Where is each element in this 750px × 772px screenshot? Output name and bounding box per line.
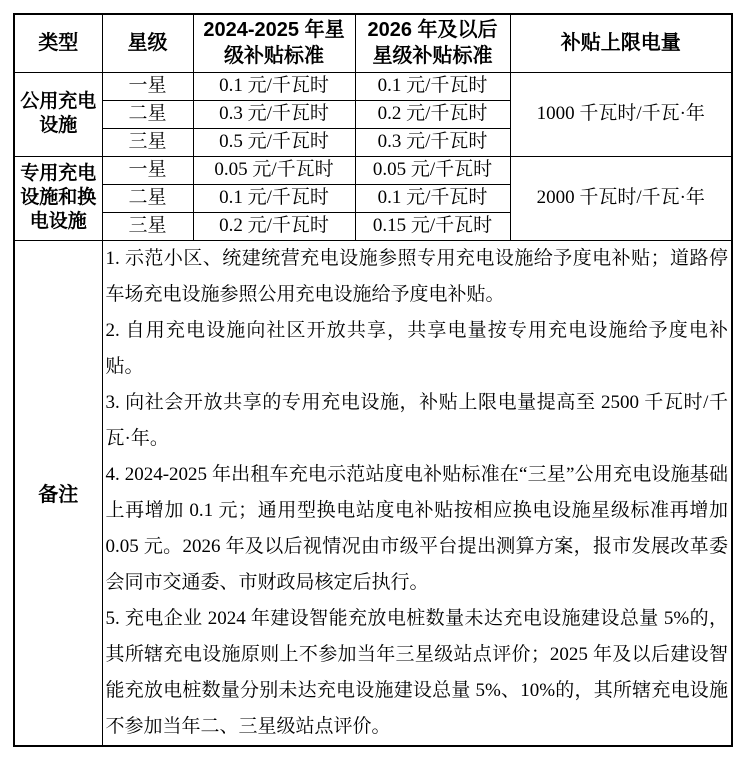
table-header-row: 类型 星级 2024-2025 年星级补贴标准 2026 年及以后星级补贴标准 …	[14, 14, 732, 72]
table-row: 公用充电设施 一星 0.1 元/千瓦时 0.1 元/千瓦时 1000 千瓦时/千…	[14, 72, 732, 100]
header-cell-std-2024: 2024-2025 年星级补贴标准	[193, 14, 355, 72]
type-cell-public: 公用充电设施	[14, 72, 102, 156]
note-item-4: 4. 2024-2025 年出租车充电示范站度电补贴标准在“三星”公用充电设施基…	[106, 457, 729, 601]
note-item-2: 2. 自用充电设施向社区开放共享，共享电量按专用充电设施给予度电补贴。	[106, 313, 729, 385]
std-2026-cell: 0.1 元/千瓦时	[355, 72, 510, 100]
std-2024-cell: 0.5 元/千瓦时	[193, 128, 355, 156]
star-cell: 一星	[102, 72, 193, 100]
note-item-1: 1. 示范小区、统建统营充电设施参照专用充电设施给予度电补贴；道路停车场充电设施…	[106, 241, 729, 313]
cap-cell-public: 1000 千瓦时/千瓦·年	[510, 72, 732, 156]
cap-cell-dedicated: 2000 千瓦时/千瓦·年	[510, 156, 732, 240]
std-2026-cell: 0.1 元/千瓦时	[355, 184, 510, 212]
note-item-5: 5. 充电企业 2024 年建设智能充放电桩数量未达充电设施建设总量 5%的，其…	[106, 601, 729, 745]
notes-label: 备注	[14, 240, 102, 746]
note-item-3: 3. 向社会开放共享的专用充电设施，补贴上限电量提高至 2500 千瓦时/千瓦·…	[106, 385, 729, 457]
std-2026-cell: 0.05 元/千瓦时	[355, 156, 510, 184]
header-cell-type: 类型	[14, 14, 102, 72]
std-2026-cell: 0.2 元/千瓦时	[355, 100, 510, 128]
star-cell: 三星	[102, 128, 193, 156]
header-cell-star: 星级	[102, 14, 193, 72]
star-cell: 一星	[102, 156, 193, 184]
header-cell-cap: 补贴上限电量	[510, 14, 732, 72]
std-2026-cell: 0.15 元/千瓦时	[355, 212, 510, 240]
std-2024-cell: 0.3 元/千瓦时	[193, 100, 355, 128]
table-row: 专用充电设施和换电设施 一星 0.05 元/千瓦时 0.05 元/千瓦时 200…	[14, 156, 732, 184]
star-cell: 二星	[102, 184, 193, 212]
star-cell: 二星	[102, 100, 193, 128]
type-cell-dedicated: 专用充电设施和换电设施	[14, 156, 102, 240]
document-page: 类型 星级 2024-2025 年星级补贴标准 2026 年及以后星级补贴标准 …	[0, 0, 750, 747]
std-2024-cell: 0.1 元/千瓦时	[193, 184, 355, 212]
notes-row: 备注 1. 示范小区、统建统营充电设施参照专用充电设施给予度电补贴；道路停车场充…	[14, 240, 732, 746]
std-2024-cell: 0.05 元/千瓦时	[193, 156, 355, 184]
std-2024-cell: 0.2 元/千瓦时	[193, 212, 355, 240]
subsidy-table: 类型 星级 2024-2025 年星级补贴标准 2026 年及以后星级补贴标准 …	[13, 13, 733, 747]
star-cell: 三星	[102, 212, 193, 240]
notes-cell: 1. 示范小区、统建统营充电设施参照专用充电设施给予度电补贴；道路停车场充电设施…	[102, 240, 732, 746]
header-cell-std-2026: 2026 年及以后星级补贴标准	[355, 14, 510, 72]
std-2024-cell: 0.1 元/千瓦时	[193, 72, 355, 100]
std-2026-cell: 0.3 元/千瓦时	[355, 128, 510, 156]
